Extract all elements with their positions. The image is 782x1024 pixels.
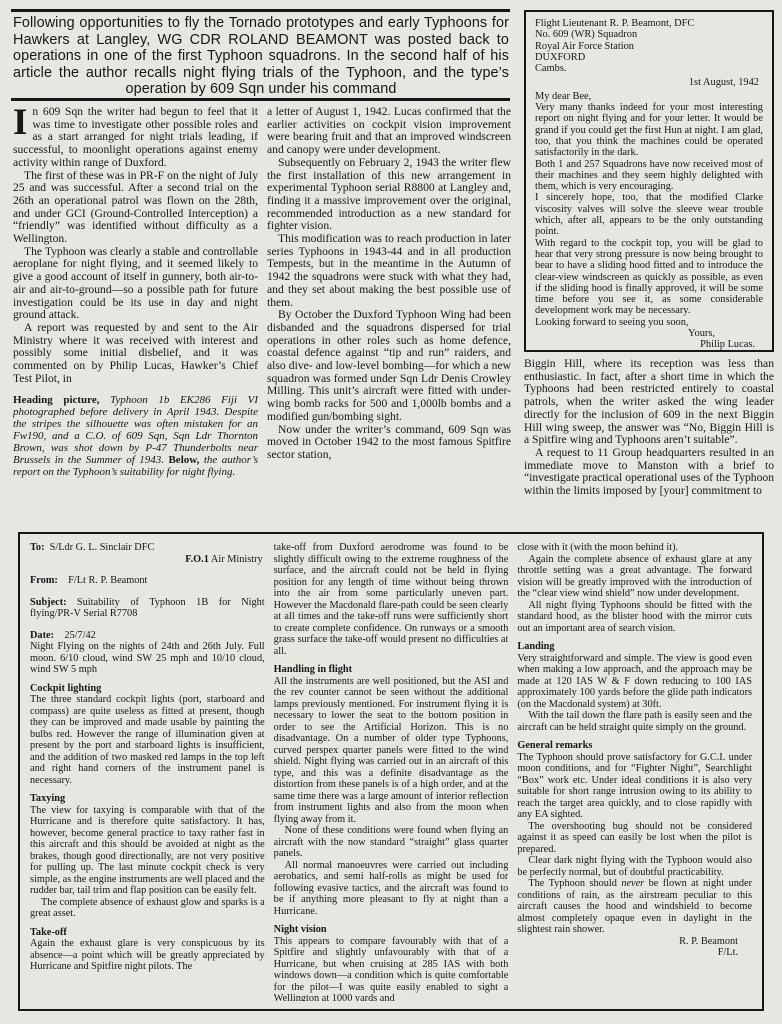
paragraph: All normal manoeuvres were carried out i… [274, 860, 509, 918]
paragraph: Night Flying on the nights of 24th and 2… [30, 641, 265, 676]
section-heading: Landing [517, 641, 752, 653]
letter-closing: Yours, [535, 328, 763, 339]
paragraph: All night flying Typhoons should be fitt… [517, 600, 752, 635]
magazine-page: { "page": { "paper": "#e8e6e1", "ink": "… [0, 0, 782, 1024]
paragraph: Again the complete absence of exhaust gl… [517, 554, 752, 600]
paragraph: Subsequently on February 2, 1943 the wri… [267, 157, 511, 233]
lead-paragraph: In 609 Sqn the writer had begun to feel … [13, 106, 258, 170]
letter-address-line: No. 609 (WR) Squadron [535, 29, 763, 40]
paragraph: Clear dark night flying with the Typhoon… [517, 855, 752, 878]
paragraph: To: S/Ldr G. L. Sinclair DFC [30, 542, 265, 554]
paragraph: F.O.1 Air Ministry [30, 554, 265, 566]
paragraph: This modification was to reach productio… [267, 233, 511, 309]
section-heading: Handling in flight [274, 664, 509, 676]
paragraph: By October the Duxford Typhoon Wing had … [267, 309, 511, 423]
article-column-2: a letter of August 1, 1942. Lucas confir… [267, 106, 511, 528]
letter-date: 1st August, 1942 [535, 77, 763, 88]
paragraph: My dear Bee, [535, 91, 763, 102]
report-column-2: take-off from Duxford aerodrome was foun… [274, 542, 509, 1001]
signature-line: F/Lt. [517, 947, 752, 959]
paragraph: This appears to compare favourably with … [274, 936, 509, 1002]
letter-address-line: Cambs. [535, 63, 763, 74]
paragraph: None of these conditions were found when… [274, 825, 509, 860]
section-heading: Take-off [30, 927, 265, 939]
paragraph: The three standard cockpit lights (port,… [30, 694, 265, 786]
paragraph: With the tail down the flare path is eas… [517, 710, 752, 733]
drop-cap: I [13, 106, 32, 138]
paragraph: From: F/Lt R. P. Beamont [30, 575, 265, 587]
paragraph: close with it (with the moon behind it). [517, 542, 752, 554]
paragraph: Subject: Suitability of Typhoon 1B for N… [30, 597, 265, 620]
paragraph: Again the exhaust glare is very conspicu… [30, 938, 265, 973]
article-column-1: In 609 Sqn the writer had begun to feel … [13, 106, 258, 528]
paragraph: The Typhoon was clearly a stable and con… [13, 246, 258, 322]
paragraph: I sincerely hope, too, that the modified… [535, 192, 763, 237]
intro-text: Following opportunities to fly the Torna… [13, 15, 509, 97]
paragraph: Now under the writer’s command, 609 Sqn … [267, 424, 511, 462]
paragraph: The Typhoon should never be flown at nig… [517, 878, 752, 936]
paragraph: Very many thanks indeed for your most in… [535, 102, 763, 158]
paragraph: The first of these was in PR-F on the ni… [13, 170, 258, 246]
letter-address-line: DUXFORD [535, 52, 763, 63]
signature-line: R. P. Beamont [517, 936, 752, 948]
paragraph: A request to 11 Group headquarters resul… [524, 447, 774, 498]
paragraph: a letter of August 1, 1942. Lucas confir… [267, 106, 511, 157]
report-box: To: S/Ldr G. L. Sinclair DFCF.O.1 Air Mi… [18, 532, 764, 1011]
paragraph: Biggin Hill, where its reception was les… [524, 358, 774, 447]
paragraph: Very straightforward and simple. The vie… [517, 653, 752, 711]
letter-address-line: Flight Lieutenant R. P. Beamont, DFC [535, 18, 763, 29]
report-column-1: To: S/Ldr G. L. Sinclair DFCF.O.1 Air Mi… [30, 542, 265, 1001]
paragraph: A report was requested by and sent to th… [13, 322, 258, 386]
intro-standfirst: Following opportunities to fly the Torna… [13, 15, 509, 98]
paragraph: Both 1 and 257 Squadrons have now receiv… [535, 159, 763, 193]
paragraph: The view for taxying is comparable with … [30, 805, 265, 897]
intro-bottom-rule [11, 98, 510, 101]
paragraph: take-off from Duxford aerodrome was foun… [274, 542, 509, 657]
section-heading: Taxying [30, 793, 265, 805]
section-heading: General remarks [517, 740, 752, 752]
paragraph: Looking forward to seeing you soon, [535, 317, 763, 328]
paragraph: With regard to the cockpit top, you will… [535, 238, 763, 317]
letter-address-line: Royal Air Force Station [535, 41, 763, 52]
top-rule [11, 9, 510, 12]
section-heading: Cockpit lighting [30, 683, 265, 695]
paragraph: The complete absence of exhaust glow and… [30, 897, 265, 920]
paragraph: The overshooting bug should not be consi… [517, 821, 752, 856]
paragraph: Date: 25/7/42 [30, 630, 265, 642]
paragraph: The Typhoon should prove satisfactory fo… [517, 752, 752, 821]
photo-caption: Heading picture, Typhoon 1b EK286 Fiji V… [13, 394, 258, 478]
article-column-3: Biggin Hill, where its reception was les… [524, 358, 774, 530]
paragraph: All the instruments are well positioned,… [274, 676, 509, 826]
letter-signature: Philip Lucas. [535, 339, 763, 350]
letter-box: Flight Lieutenant R. P. Beamont, DFCNo. … [524, 10, 774, 352]
report-column-3: close with it (with the moon behind it).… [517, 542, 752, 1001]
section-heading: Night vision [274, 924, 509, 936]
